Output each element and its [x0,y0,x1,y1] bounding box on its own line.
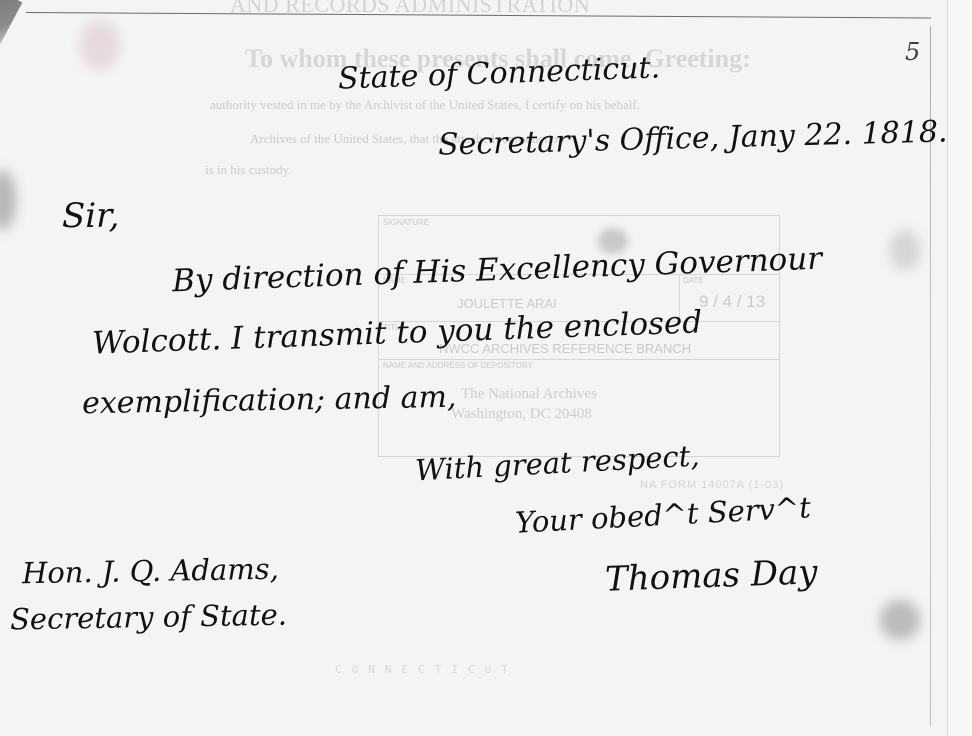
letter-salutation: Sir, [62,196,120,236]
scan-shadow [880,600,920,640]
stain [80,20,120,70]
letter-body-line: exemplification; and am, [82,380,457,422]
letter-dateline: Secretary's Office, Jany 22. 1818. [438,114,948,162]
scan-shadow [890,230,920,270]
scan-shadow [0,170,16,230]
letter-addressee: Hon. J. Q. Adams, [22,552,279,590]
page-edge [947,0,972,736]
bleed-header: AND RECORDS ADMINISTRATION [230,0,590,18]
page-number: 5 [905,38,920,66]
bleed-text-line: authority vested in me by the Archivist … [210,97,640,113]
seal-text: CONNECTICUT [335,663,518,676]
letter-signature: Thomas Day [604,552,818,599]
stamp-label: NAME AND ADDRESS OF DEPOSITORY [383,361,533,370]
bleed-text-line: is in his custody. [205,162,292,178]
stamp-depository: The National Archives [461,386,597,403]
letter-closing: Your obed^t Serv^t [514,490,811,539]
stamp-name: JOULETTE ARAI [457,296,557,311]
folded-corner [0,0,22,64]
form-number: NA FORM 14007A (1-03) [640,479,784,491]
stamp-date: 9 / 4 / 13 [699,292,765,312]
stamp-divider [379,359,779,360]
stamp-label: SIGNATURE [383,218,429,227]
letter-addressee: Secretary of State. [10,598,288,637]
scanned-letter: AND RECORDS ADMINISTRATION To whom these… [0,0,972,736]
stamp-depository: Washington, DC 20408 [451,406,592,423]
